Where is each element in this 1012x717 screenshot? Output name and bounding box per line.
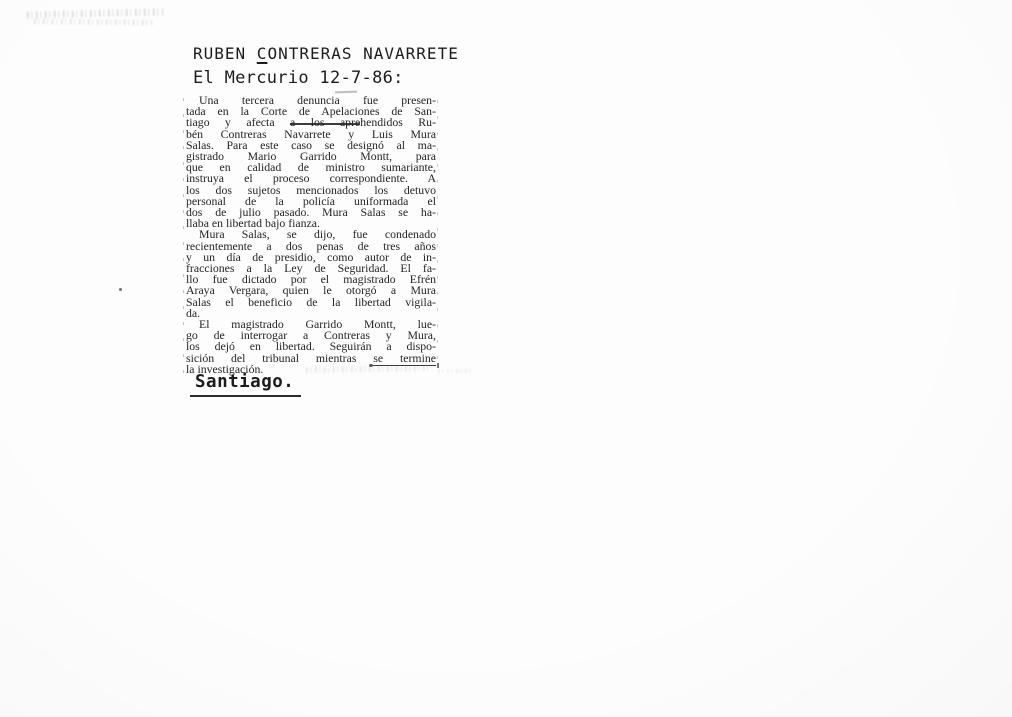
typed-city-label: Santiago. <box>190 373 301 397</box>
pen-underline-mark: se termine <box>373 351 436 366</box>
typed-name-underlined-letter: C <box>257 44 268 63</box>
article-text-segment: da. <box>186 306 200 320</box>
typed-source-line: El Mercurio 12-7-86: <box>193 68 404 88</box>
typed-name-post: ONTRERAS NAVARRETE <box>267 44 458 63</box>
typed-name-pre: RUBEN <box>193 44 257 63</box>
clipping-left-edge <box>183 98 184 374</box>
pencil-smudge <box>438 369 472 373</box>
article-line: Salas el beneficio de la libertad vigila… <box>186 297 436 308</box>
typed-name-header: RUBEN CONTRERAS NAVARRETE <box>193 45 459 63</box>
pencil-smudge <box>34 18 152 26</box>
pencil-smudge <box>27 9 163 19</box>
scanned-document-page: RUBEN CONTRERAS NAVARRETE El Mercurio 12… <box>0 0 1012 717</box>
clipping-right-edge <box>437 100 438 368</box>
scan-speck <box>119 288 122 291</box>
article-text-segment: Salas el beneficio de la libertad vigila… <box>186 295 436 309</box>
newspaper-clipping-column: Una tercera denuncia fue presen-tada en … <box>186 95 436 375</box>
